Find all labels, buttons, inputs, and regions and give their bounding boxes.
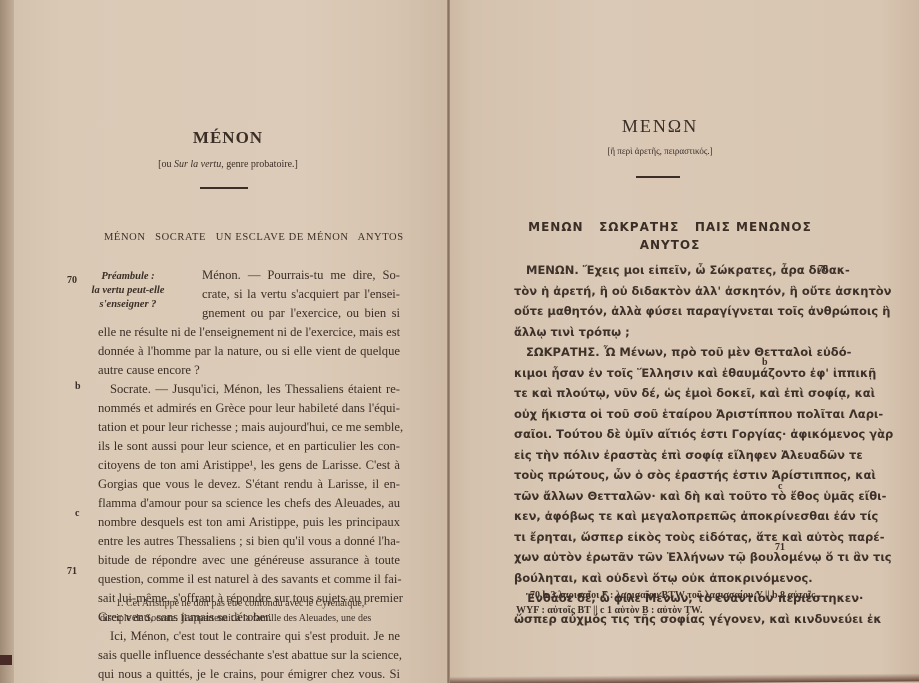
personae-line: ΑΝΥΤΟΣ (510, 236, 830, 254)
marginal-summary-line: la vertu peut-elle (78, 284, 178, 298)
text-line: βούληται, καὶ οὐδενὶ ὅτῳ οὐκ ἀποκρινόμεν… (514, 568, 770, 589)
text-line: τὸν ἡ ἀρετή, ἢ οὐ διδακτὸν ἀλλ' ἀσκητόν,… (514, 281, 770, 302)
title-rule (200, 187, 248, 189)
text-line: elle ne résulte ni de l'enseignement ni … (98, 323, 400, 342)
stephanus-letter-c: c (75, 508, 79, 519)
text-line: τῶν ἄλλων Θετταλῶν· καὶ δὴ καὶ τοῦτο τὸ … (514, 486, 770, 507)
title-rule (636, 176, 680, 178)
critical-apparatus: 70 b 3 λαρισαῖοι F : λαρισαῖου BTW τοῦ λ… (516, 588, 786, 618)
binding-cloth (0, 655, 12, 665)
text-line: nombre desquels est ton ami Aristippe, p… (98, 513, 400, 532)
marginal-summary-line: Préambule : (78, 270, 178, 284)
subtitle-prefix: [ou (158, 159, 174, 170)
text-line: Socrate. — Jusqu'ici, Ménon, les Thessal… (98, 380, 400, 399)
right-page-greek: ΜΕΝΩΝ [ἢ περὶ ἀρετῆς, πειραστικός.] ΜΕΝΩ… (450, 0, 919, 683)
left-page-subtitle: [ou Sur la vertu, genre probatoire.] (108, 159, 348, 170)
text-line: crate, si la vertu s'acquiert par l'ense… (202, 285, 400, 304)
text-line: ΜΕΝΩΝ. Ἔχεις μοι εἰπεῖν, ὦ Σώκρατες, ἆρα… (514, 260, 770, 281)
dramatis-personae-greek: ΜΕΝΩΝ ΣΩΚΡΑΤΗΣ ΠΑΙΣ ΜΕΝΩΝΟΣ ΑΝΥΤΟΣ (510, 218, 830, 254)
apparatus-line: 70 b 3 λαρισαῖοι F : λαρισαῖου BTW τοῦ λ… (516, 588, 786, 603)
text-line: τι ἔρηται, ὥσπερ εἰκὸς τοὺς εἰδότας, ἅτε… (514, 527, 770, 548)
greek-body-text: ΜΕΝΩΝ. Ἔχεις μοι εἰπεῖν, ὦ Σώκρατες, ἆρα… (514, 260, 770, 629)
text-line: donnée à l'homme par la nature, ou si el… (98, 342, 400, 361)
marginal-summary: Préambule : la vertu peut-elle s'enseign… (78, 270, 178, 312)
apparatus-line: WYF : αὐτοῖς BT || c 1 αὑτὸν B : αὐτὸν T… (516, 603, 786, 618)
text-line: ἄλλῳ τινὶ τρόπῳ ; (514, 322, 770, 343)
text-line: οὐχ ἥκιστα οἱ τοῦ σοῦ ἑταίρου Ἀριστίππου… (514, 404, 770, 425)
marginal-summary-line: s'enseigner ? (78, 298, 178, 312)
text-line: citoyens de ton ami Aristippe¹, les gens… (98, 456, 400, 475)
right-page-subtitle: [ἢ περὶ ἀρετῆς, πειραστικός.] (560, 146, 760, 156)
personae-line: ΜΕΝΩΝ ΣΩΚΡΑΤΗΣ ΠΑΙΣ ΜΕΝΩΝΟΣ (510, 218, 830, 236)
subtitle-italic: Sur la vertu (174, 159, 221, 170)
text-line: ΣΩΚΡΑΤΗΣ. Ὦ Μένων, πρὸ τοῦ μὲν Θετταλοὶ … (514, 342, 770, 363)
right-page-title: ΜΕΝΩΝ (580, 116, 740, 137)
text-line: bitude de répondre avec une généreuse as… (98, 551, 400, 570)
text-line: entre les autres Thessaliens ; si bien q… (98, 532, 400, 551)
text-line: nommés et admirés en Grèce pour leur hab… (98, 399, 400, 418)
footnote-line: disciple de Socrate. Il appartenait à la… (100, 611, 402, 626)
stephanus-number-71: 71 (67, 566, 77, 577)
text-line: σαῖοι. Τούτου δὲ ὑμῖν αἴτιός ἐστι Γοργία… (514, 424, 770, 445)
text-line: τε καὶ πλούτῳ, νῦν δέ, ὡς ἐμοὶ δοκεῖ, κα… (514, 383, 770, 404)
stephanus-number-70: 70 (67, 275, 77, 286)
footnote: 1. Cet Aristippe ne doit pas être confon… (100, 596, 402, 626)
text-line: tation et pour leur richesse ; mais aujo… (98, 418, 400, 437)
text-line: autre cause encore ? (98, 361, 400, 380)
subtitle-suffix: , genre probatoire.] (221, 159, 298, 170)
left-page-french: MÉNON [ou Sur la vertu, genre probatoire… (14, 0, 447, 683)
text-line: κεν, ἀφόβως τε καὶ μεγαλοπρεπῶς ἀποκρίνε… (514, 506, 770, 527)
text-line: sais quelle influence desséchante s'est … (98, 646, 400, 665)
text-line: Gorgias que vous le devez. S'étant rendu… (98, 475, 400, 494)
text-line: gnement ou par l'exercice, ou bien si (202, 304, 400, 323)
french-body-text: elle ne résulte ni de l'enseignement ni … (98, 323, 400, 683)
text-line: qui nous a quittés, je le crains, pour é… (98, 665, 400, 683)
text-line: χων αὑτὸν ἐρωτᾶν τῶν Ἑλλήνων τῷ βουλομέν… (514, 547, 770, 568)
text-line: ils le sont aussi pour leur science, et … (98, 437, 400, 456)
text-line: Ménon. — Pourrais-tu me dire, So- (202, 266, 400, 285)
open-book-spread: MÉNON [ou Sur la vertu, genre probatoire… (0, 0, 919, 683)
stephanus-letter-b: b (75, 381, 81, 392)
text-line: οὔτε μαθητόν, ἀλλὰ φύσει παραγίγνεται το… (514, 301, 770, 322)
text-line: εἰς τὴν πόλιν ἐραστὰς ἐπὶ σοφίᾳ εἴληφεν … (514, 445, 770, 466)
left-page-title: MÉNON (128, 128, 328, 148)
text-line: question, comme il est naturel à des sav… (98, 570, 400, 589)
footnote-line: 1. Cet Aristippe ne doit pas être confon… (100, 596, 402, 611)
dramatis-personae: MÉNON SOCRATE UN ESCLAVE DE MÉNON ANYTOS (104, 232, 394, 243)
text-line: flamma d'amour pour sa science les chefs… (98, 494, 400, 513)
book-left-edge (0, 0, 14, 683)
text-line: τοὺς πρώτους, ὧν ὁ σὸς ἐραστής ἐστιν Ἀρί… (514, 465, 770, 486)
text-line: Ici, Ménon, c'est tout le contraire qui … (98, 627, 400, 646)
text-line: κιμοι ἦσαν ἐν τοῖς Ἕλλησιν καὶ ἐθαυμάζον… (514, 363, 770, 384)
opening-lines-indented: Ménon. — Pourrais-tu me dire, So- crate,… (202, 266, 400, 323)
